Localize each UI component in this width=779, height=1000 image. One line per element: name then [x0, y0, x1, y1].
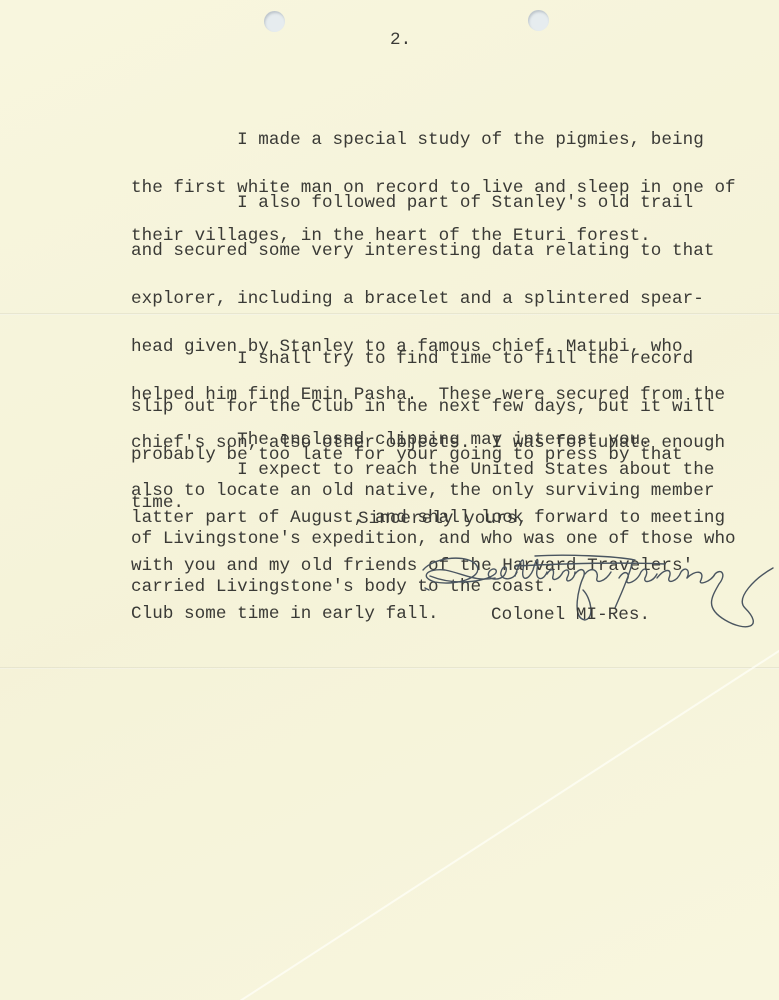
text-line: I also followed part of Stanley's old tr…	[131, 195, 736, 211]
punch-hole-left	[264, 11, 285, 32]
text-line: I expect to reach the United States abou…	[131, 462, 725, 478]
fold-line-lower	[0, 667, 779, 669]
text-line: I made a special study of the pigmies, b…	[131, 132, 736, 148]
text-line: explorer, including a bracelet and a spl…	[131, 291, 736, 307]
closing: Sincerely yours,	[358, 511, 528, 527]
signer-title: Colonel MI-Res.	[491, 607, 650, 623]
crease-diagonal	[239, 619, 779, 1000]
text-line: and secured some very interesting data r…	[131, 243, 736, 259]
text-line: I shall try to find time to fill the rec…	[131, 351, 714, 367]
punch-hole-right	[528, 10, 549, 31]
page-number: 2.	[390, 32, 411, 48]
letter-page: 2. I made a special study of the pigmies…	[0, 0, 779, 1000]
